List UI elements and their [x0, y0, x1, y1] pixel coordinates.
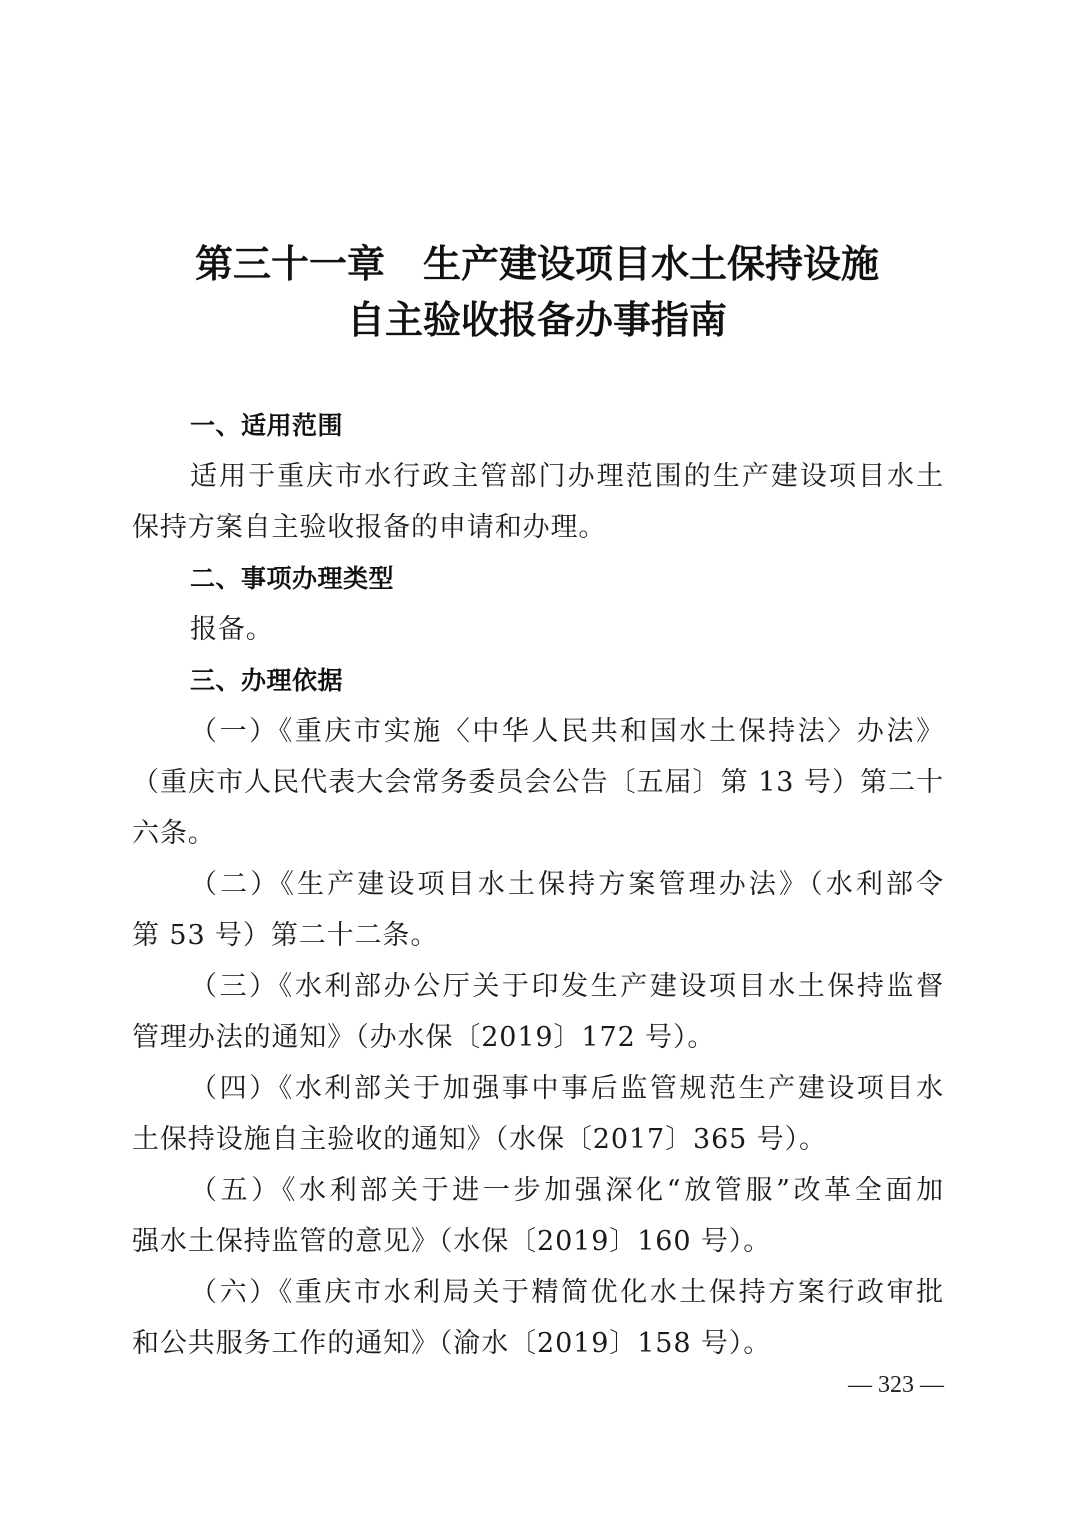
basis-item-1: （一）《重庆市实施〈中华人民共和国水土保持法〉办法》 （重庆市人民代表大会常务委… [132, 706, 944, 859]
paragraph-line: 第 53 号）第二十二条。 [132, 910, 944, 961]
paragraph-line: （三）《水利部办公厅关于印发生产建设项目水土保持监督 [132, 961, 944, 1012]
paragraph-line: 和公共服务工作的通知》（渝水〔2019〕158 号）。 [132, 1318, 944, 1369]
chapter-title-line-2: 自主验收报备办事指南 [0, 292, 1074, 348]
paragraph-line: （重庆市人民代表大会常务委员会公告〔五届〕第 13 号）第二十 [132, 757, 944, 808]
section-heading-scope: 一、适用范围 [132, 400, 944, 451]
paragraph-line: 土保持设施自主验收的通知》（水保〔2017〕365 号）。 [132, 1114, 944, 1165]
paragraph-line: 强水土保持监管的意见》（水保〔2019〕160 号）。 [132, 1216, 944, 1267]
section-heading-type: 二、事项办理类型 [132, 553, 944, 604]
paragraph-line: 六条。 [132, 808, 944, 859]
paragraph-line: （二）《生产建设项目水土保持方案管理办法》（水利部令 [132, 859, 944, 910]
basis-item-6: （六）《重庆市水利局关于精简优化水土保持方案行政审批 和公共服务工作的通知》（渝… [132, 1267, 944, 1369]
basis-item-3: （三）《水利部办公厅关于印发生产建设项目水土保持监督 管理办法的通知》（办水保〔… [132, 961, 944, 1063]
document-body: 一、适用范围 适用于重庆市水行政主管部门办理范围的生产建设项目水土 保持方案自主… [132, 400, 944, 1369]
chapter-title-text: 生产建设项目水土保持设施 [423, 241, 879, 286]
document-page: 第三十一章生产建设项目水土保持设施 自主验收报备办事指南 一、适用范围 适用于重… [0, 0, 1074, 1520]
paragraph-line: 管理办法的通知》（办水保〔2019〕172 号）。 [132, 1012, 944, 1063]
paragraph-line: 保持方案自主验收报备的申请和办理。 [132, 502, 944, 553]
basis-item-4: （四）《水利部关于加强事中事后监管规范生产建设项目水 土保持设施自主验收的通知》… [132, 1063, 944, 1165]
basis-item-5: （五）《水利部关于进一步加强深化“放管服”改革全面加 强水土保持监管的意见》（水… [132, 1165, 944, 1267]
page-number: — 323 — [848, 1368, 944, 1402]
paragraph-line: （四）《水利部关于加强事中事后监管规范生产建设项目水 [132, 1063, 944, 1114]
paragraph-line: （五）《水利部关于进一步加强深化“放管服”改革全面加 [132, 1165, 944, 1216]
paragraph-line: 适用于重庆市水行政主管部门办理范围的生产建设项目水土 [132, 451, 944, 502]
basis-item-2: （二）《生产建设项目水土保持方案管理办法》（水利部令 第 53 号）第二十二条。 [132, 859, 944, 961]
section-heading-basis: 三、办理依据 [132, 655, 944, 706]
paragraph-line: 报备。 [132, 604, 944, 655]
paragraph-line: （六）《重庆市水利局关于精简优化水土保持方案行政审批 [132, 1267, 944, 1318]
paragraph-line: （一）《重庆市实施〈中华人民共和国水土保持法〉办法》 [132, 706, 944, 757]
chapter-title-line-1: 第三十一章生产建设项目水土保持设施 [0, 236, 1074, 292]
chapter-number: 第三十一章 [195, 241, 385, 286]
